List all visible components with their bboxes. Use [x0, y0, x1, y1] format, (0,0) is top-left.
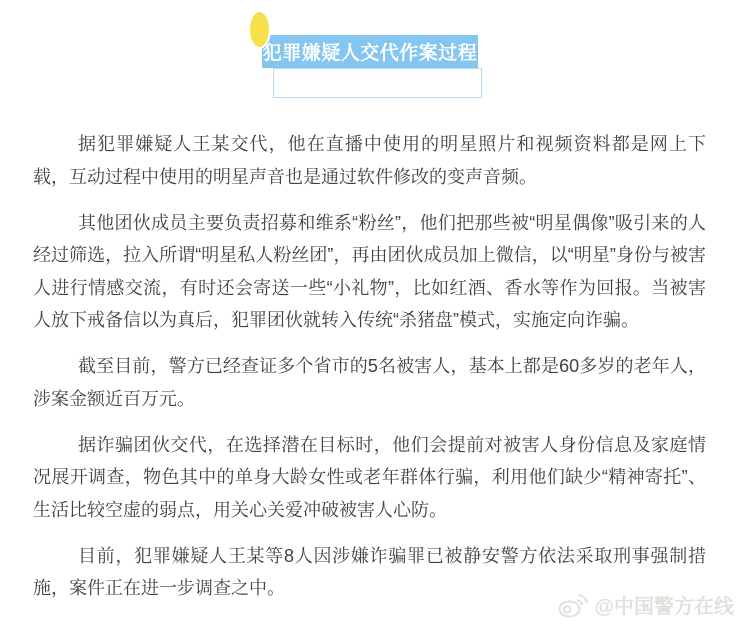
watermark-text: @中国警方在线: [594, 590, 734, 619]
weibo-watermark: @中国警方在线: [558, 590, 734, 619]
weibo-icon: [558, 592, 588, 618]
article-paragraph: 据犯罪嫌疑人王某交代，他在直播中使用的明星照片和视频资料都是网上下载，互动过程中…: [33, 128, 706, 193]
section-title: 犯罪嫌疑人交代作案过程: [263, 38, 478, 65]
article-paragraph: 其他团伙成员主要负责招募和维系“粉丝”，他们把那些被“明星偶像”吸引来的人经过筛…: [33, 207, 706, 337]
yellow-ellipse-decoration: [248, 10, 271, 49]
article-paragraph: 据诈骗团伙交代，在选择潜在目标时，他们会提前对被害人身份信息及家庭情况展开调查，…: [33, 429, 706, 527]
title-underbox-decoration: [273, 68, 482, 98]
article-page: 犯罪嫌疑人交代作案过程 据犯罪嫌疑人王某交代，他在直播中使用的明星照片和视频资料…: [0, 0, 740, 625]
article-paragraph: 截至目前，警方已经查证多个省市的5名被害人，基本上都是60多岁的老年人，涉案金额…: [33, 350, 706, 415]
section-title-box: 犯罪嫌疑人交代作案过程: [262, 35, 478, 68]
article-body: 据犯罪嫌疑人王某交代，他在直播中使用的明星照片和视频资料都是网上下载，互动过程中…: [33, 128, 706, 618]
